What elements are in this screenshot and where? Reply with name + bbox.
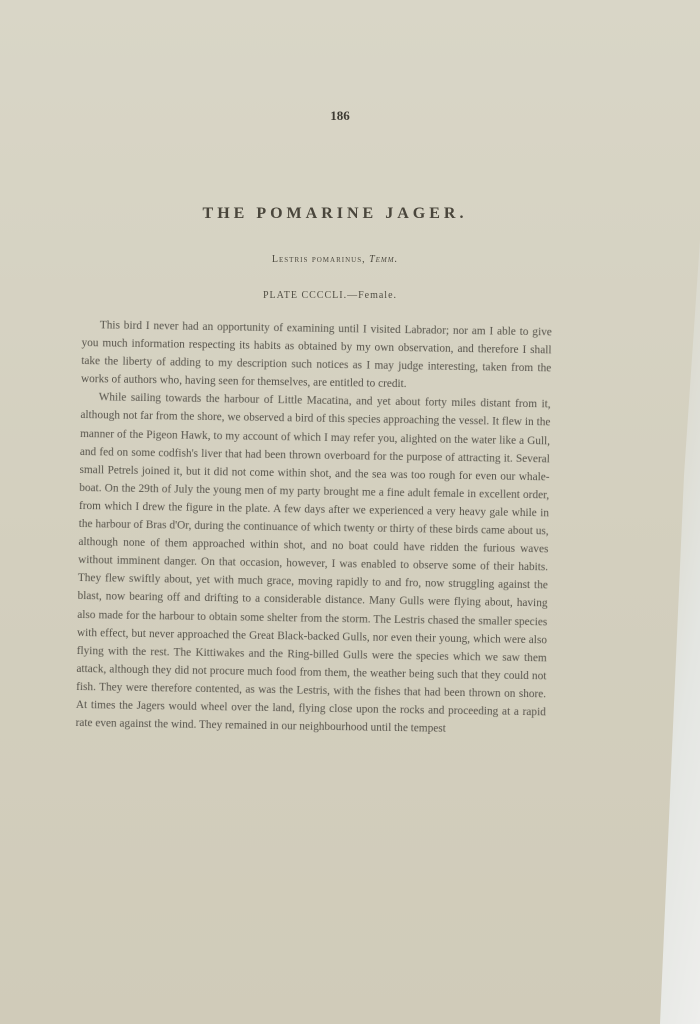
plate-caption: PLATE CCCCLI.—Female. xyxy=(0,290,660,301)
latin-name: Lestris pomarinus, Temm. xyxy=(0,254,670,265)
chapter-title: THE POMARINE JAGER. xyxy=(0,205,670,223)
page-edge-background xyxy=(660,240,700,1024)
body-text: This bird I never had an opportunity of … xyxy=(75,316,551,739)
book-page: 186 THE POMARINE JAGER. Lestris pomarinu… xyxy=(0,0,700,1024)
latin-author: Temm. xyxy=(369,254,398,265)
paragraph: While sailing towards the harbour of Lit… xyxy=(75,388,550,739)
paragraph: This bird I never had an opportunity of … xyxy=(81,316,552,396)
page-number: 186 xyxy=(0,108,680,124)
latin-binomial: Lestris pomarinus, xyxy=(272,254,366,265)
